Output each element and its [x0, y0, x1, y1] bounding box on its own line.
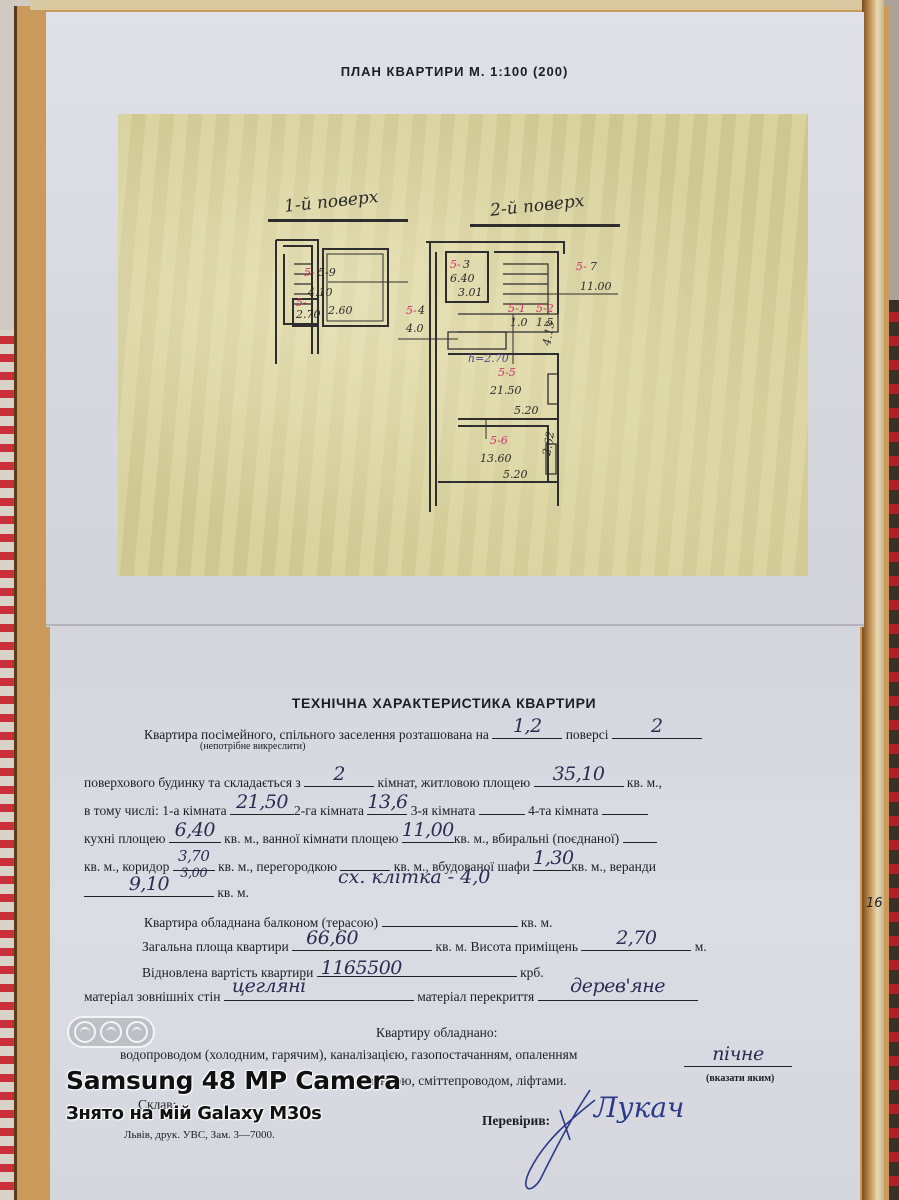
svg-text:1.0: 1.0 [510, 316, 528, 329]
lens-icon [74, 1021, 96, 1043]
folder-page-number: 16 [866, 896, 883, 911]
svg-text:5.20: 5.20 [503, 468, 528, 481]
tech-title: ТЕХНІЧНА ХАРАКТЕРИСТИКА КВАРТИРИ [84, 696, 804, 710]
heating-note: (вказати яким) [706, 1074, 774, 1084]
svg-text:2.60: 2.60 [327, 304, 353, 317]
corridor-field: 3,703,00 [173, 856, 215, 871]
watermark-subtitle: Знято на мій Galaxy M30s [66, 1103, 321, 1124]
svg-text:h=2.70: h=2.70 [468, 352, 509, 365]
folder-top-edge [30, 0, 870, 10]
room2-field: 13,6 [367, 800, 407, 815]
lens-icon [126, 1021, 148, 1043]
bath-field: 11,00 [402, 828, 454, 843]
room4-field [602, 800, 648, 815]
total-area-field: 66,60 [292, 936, 432, 951]
svg-text:5-: 5- [406, 304, 417, 317]
stairwell-note: сх. клітка - 4,0 [338, 868, 490, 887]
svg-text:4: 4 [417, 304, 425, 317]
walls-field: цегляні [224, 986, 414, 1001]
svg-text:2.62: 2.62 [540, 430, 557, 457]
line-kitchen-bath: кухні площею 6,40 кв. м., ванної кімнати… [84, 828, 657, 846]
svg-text:5-5: 5-5 [498, 366, 516, 379]
folder-right-edge [862, 0, 884, 1200]
veranda-field: 9,10 [84, 882, 214, 897]
wardrobe-field: 1,30 [533, 856, 571, 871]
svg-text:5.20: 5.20 [514, 404, 539, 417]
svg-text:4.10: 4.10 [307, 286, 333, 299]
line-veranda: 9,10 кв. м. [84, 882, 249, 900]
rooms-field: 2 [304, 772, 374, 787]
svg-text:3.01: 3.01 [458, 286, 483, 299]
cost-field: 1165500 [317, 962, 517, 977]
room3-field [479, 800, 525, 815]
wc-field [623, 828, 657, 843]
line-floor: Квартира посімейного, спільного заселенн… [144, 724, 702, 742]
plan-title: ПЛАН КВАРТИРИ М. 1:100 (200) [0, 64, 899, 79]
svg-text:21.50: 21.50 [489, 384, 522, 397]
equipped-title: Квартиру обладнано: [376, 1026, 497, 1040]
svg-text:5-: 5- [576, 260, 587, 273]
room-label-5-9: 5- [304, 266, 315, 279]
svg-text:13.60: 13.60 [480, 452, 512, 465]
svg-text:5-: 5- [450, 258, 461, 271]
living-area-field: 35,10 [534, 772, 624, 787]
svg-text:6.40: 6.40 [450, 272, 475, 285]
watermark-title: Samsung 48 MP Camera [66, 1066, 401, 1095]
signature-scrawl [500, 1080, 640, 1200]
line-total: Загальна площа квартири 66,60 кв. м. Вис… [142, 936, 707, 954]
svg-text:2.70: 2.70 [295, 308, 321, 321]
svg-text:4.0: 4.0 [405, 322, 424, 335]
floor-plan-drawing: 5- 5-9 4.10 2.60 5- 2.70 5- 3 6.40 3.01 … [118, 114, 808, 576]
ceiling-field: дерев'яне [538, 986, 698, 1001]
svg-text:3: 3 [463, 258, 470, 271]
svg-text:5-6: 5-6 [490, 434, 508, 447]
svg-text:11.00: 11.00 [580, 280, 612, 293]
height-field: 2,70 [581, 936, 691, 951]
balcony-field [382, 912, 518, 927]
svg-text:5-2: 5-2 [536, 302, 554, 315]
room1-field: 21,50 [230, 800, 294, 815]
fold-line [46, 624, 864, 626]
svg-text:5-9: 5-9 [318, 266, 336, 279]
line-room-areas: в тому числі: 1-а кімната 21,502-га кімн… [84, 800, 648, 818]
line-materials: матеріал зовнішніх стін цегляні матеріал… [84, 986, 698, 1004]
lens-icon [100, 1021, 122, 1043]
storeys-field: 2 [612, 724, 702, 739]
line-rooms: поверхового будинку та складається з 2 к… [84, 772, 662, 790]
svg-text:7: 7 [590, 260, 597, 273]
printer-imprint: Львів, друк. УВС, Зам. 3—7000. [124, 1130, 275, 1141]
floor-plan-tracing: 1-й поверх 2-й поверх [118, 114, 808, 576]
equip-line-1: водопроводом (холодним, гарячим), каналі… [120, 1048, 577, 1062]
svg-text:5-1: 5-1 [508, 302, 526, 315]
floor-field: 1,2 [492, 724, 562, 739]
triple-camera-icon [67, 1016, 155, 1048]
heating-field: пічне [684, 1052, 792, 1070]
strike-note: (непотрібне викреслити) [200, 742, 305, 752]
kitchen-field: 6,40 [169, 828, 221, 843]
